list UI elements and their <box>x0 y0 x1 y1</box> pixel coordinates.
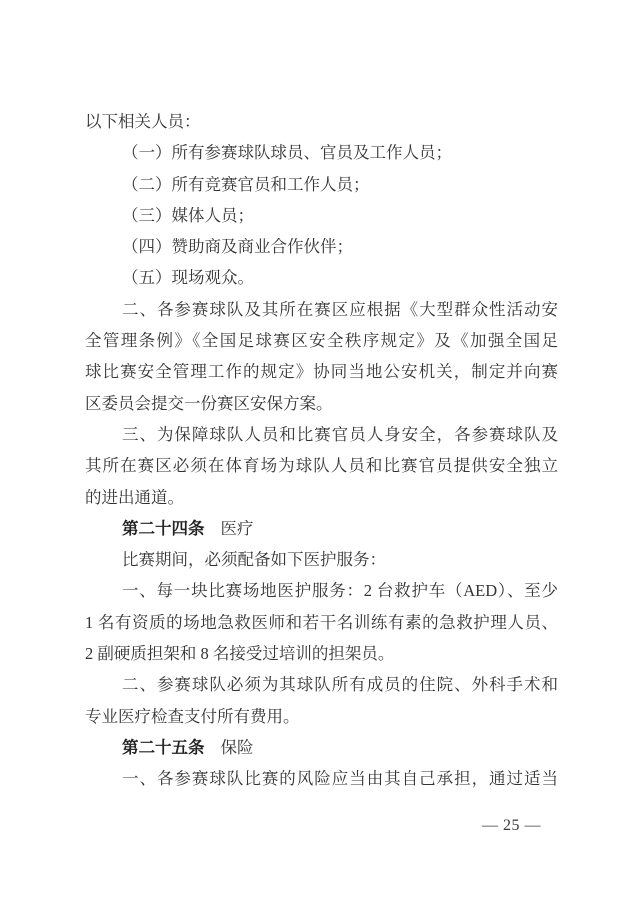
list-item: （五）现场观众。 <box>85 262 558 293</box>
body-line: 全管理条例》《全国足球赛区安全秩序规定》及《加强全国足 <box>85 325 558 356</box>
body-line: 球比赛安全管理工作的规定》协同当地公安机关，制定并向赛 <box>85 356 558 387</box>
page-number: — 25 — <box>482 817 541 835</box>
document-page: 以下相关人员： （一）所有参赛球队球员、官员及工作人员； （二）所有竞赛官员和工… <box>0 0 640 905</box>
list-item: （三）媒体人员； <box>85 200 558 231</box>
article-number: 第二十五条 <box>122 738 205 757</box>
list-item: （一）所有参赛球队球员、官员及工作人员； <box>85 137 558 168</box>
body-line: 1 名有资质的场地急救医师和若干名训练有素的急救护理人员、 <box>85 607 558 638</box>
body-line: 一、各参赛球队比赛的风险应当由其自己承担，通过适当 <box>85 763 558 794</box>
article-number: 第二十四条 <box>122 519 205 538</box>
article-heading-25: 第二十五条保险 <box>85 732 558 763</box>
body-line: 区委员会提交一份赛区安保方案。 <box>85 388 558 419</box>
body-line: 其所在赛区必须在体育场为球队人员和比赛官员提供安全独立 <box>85 450 558 481</box>
body-line: 以下相关人员： <box>85 106 558 137</box>
body-line: 二、各参赛球队及其所在赛区应根据《大型群众性活动安 <box>85 294 558 325</box>
article-title: 医疗 <box>221 519 254 538</box>
document-body: 以下相关人员： （一）所有参赛球队球员、官员及工作人员； （二）所有竞赛官员和工… <box>85 106 558 795</box>
list-item: （四）赞助商及商业合作伙伴； <box>85 231 558 262</box>
body-line: 三、为保障球队人员和比赛官员人身安全，各参赛球队及 <box>85 419 558 450</box>
list-item: （二）所有竞赛官员和工作人员； <box>85 169 558 200</box>
body-line: 2 副硬质担架和 8 名接受过培训的担架员。 <box>85 638 558 669</box>
article-heading-24: 第二十四条医疗 <box>85 513 558 544</box>
body-line: 专业医疗检查支付所有费用。 <box>85 701 558 732</box>
body-line: 二、参赛球队必须为其球队所有成员的住院、外科手术和 <box>85 669 558 700</box>
article-title: 保险 <box>221 738 254 757</box>
body-line: 比赛期间，必须配备如下医护服务： <box>85 544 558 575</box>
body-line: 一、每一块比赛场地医护服务：2 台救护车（AED）、至少 <box>85 575 558 606</box>
body-line: 的进出通道。 <box>85 482 558 513</box>
